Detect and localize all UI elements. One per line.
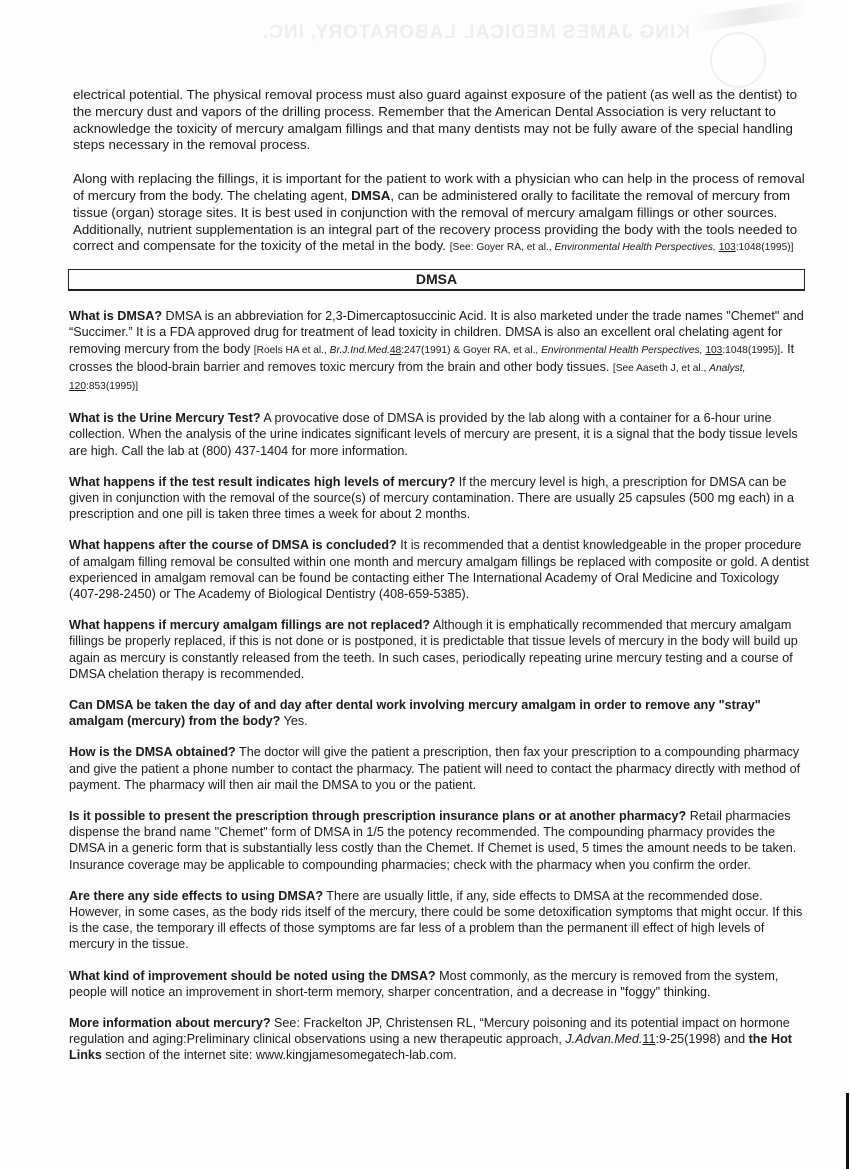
bleed-through-logo-icon bbox=[710, 32, 766, 88]
faq-question: What happens if the test result indicate… bbox=[69, 475, 455, 489]
faq-question: Are there any side effects to using DMSA… bbox=[69, 889, 323, 903]
faq-question: Is it possible to present the prescripti… bbox=[69, 809, 686, 823]
faq-list: What is DMSA? DMSA is an abbreviation fo… bbox=[73, 308, 811, 1064]
dmsa-bold: DMSA bbox=[351, 188, 390, 203]
faq-item-how-obtained: How is the DMSA obtained? The doctor wil… bbox=[69, 744, 811, 793]
document-body: electrical potential. The physical remov… bbox=[73, 87, 811, 1064]
bleed-through-header: KING JAMES MEDICAL LABORATORY, INC. bbox=[50, 22, 690, 52]
faq-question: Can DMSA be taken the day of and day aft… bbox=[69, 698, 761, 728]
faq-item-day-of-dental-work: Can DMSA be taken the day of and day aft… bbox=[69, 697, 811, 729]
faq-answer: Yes. bbox=[280, 714, 307, 728]
faq-question: What happens if mercury amalgam fillings… bbox=[69, 618, 430, 632]
faq-item-high-levels: What happens if the test result indicate… bbox=[69, 474, 811, 523]
faq-question: What is the Urine Mercury Test? bbox=[69, 411, 261, 425]
faq-item-not-replaced: What happens if mercury amalgam fillings… bbox=[69, 617, 811, 682]
intro-section: electrical potential. The physical remov… bbox=[73, 87, 811, 257]
citation: [Roels HA et al., Br.J.Ind.Med.48:247(19… bbox=[254, 345, 780, 356]
faq-item-more-info: More information about mercury? See: Fra… bbox=[69, 1015, 811, 1064]
scan-edge-line bbox=[846, 1093, 849, 1169]
faq-item-after-course: What happens after the course of DMSA is… bbox=[69, 537, 811, 602]
faq-item-insurance: Is it possible to present the prescripti… bbox=[69, 808, 811, 873]
faq-question: What is DMSA? bbox=[69, 309, 162, 323]
section-title-box: DMSA bbox=[68, 269, 805, 291]
scan-smudge bbox=[689, 0, 810, 32]
faq-question: What kind of improvement should be noted… bbox=[69, 969, 436, 983]
faq-item-side-effects: Are there any side effects to using DMSA… bbox=[69, 888, 811, 953]
intro-paragraph-2: Along with replacing the fillings, it is… bbox=[73, 171, 811, 257]
document-page: KING JAMES MEDICAL LABORATORY, INC. elec… bbox=[0, 0, 850, 1169]
faq-item-urine-test: What is the Urine Mercury Test? A provoc… bbox=[69, 410, 811, 459]
faq-item-what-is-dmsa: What is DMSA? DMSA is an abbreviation fo… bbox=[69, 308, 811, 395]
intro-paragraph-1: electrical potential. The physical remov… bbox=[73, 87, 811, 154]
citation: [See: Goyer RA, et al., Environmental He… bbox=[450, 242, 794, 253]
faq-question: What happens after the course of DMSA is… bbox=[69, 538, 397, 552]
faq-question: More information about mercury? bbox=[69, 1016, 271, 1030]
website-reference: section of the internet site: www.kingja… bbox=[102, 1048, 457, 1062]
faq-question: How is the DMSA obtained? bbox=[69, 745, 236, 759]
faq-item-improvement: What kind of improvement should be noted… bbox=[69, 968, 811, 1000]
